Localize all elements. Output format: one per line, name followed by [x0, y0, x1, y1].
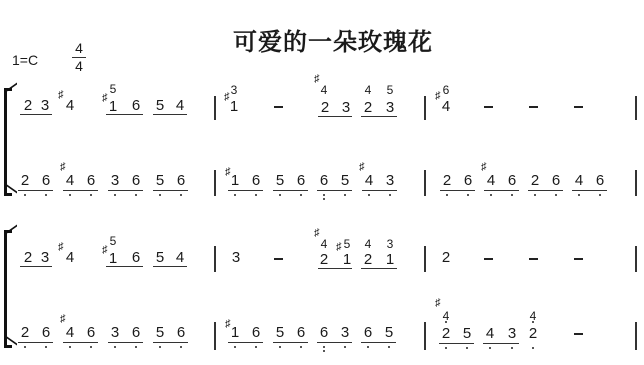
octave-dot [24, 194, 26, 196]
octave-dot [532, 347, 534, 349]
octave-dot [300, 346, 302, 348]
note: 1 [229, 173, 241, 188]
octave-dot [368, 194, 370, 196]
beam-underline [528, 190, 563, 191]
sharp-sign: ♯ [60, 314, 66, 325]
sustain-dash [574, 258, 583, 260]
octave-dot [279, 346, 281, 348]
octave-dot [114, 346, 116, 348]
note: 4 [174, 98, 186, 113]
note: 6 [318, 325, 330, 340]
barline [214, 96, 216, 120]
sharp-sign: ♯ [435, 298, 441, 309]
note: 6 [318, 173, 330, 188]
system-1-bracket [4, 88, 12, 196]
octave-dot [388, 346, 390, 348]
octave-dot [466, 347, 468, 349]
note: 6 [85, 325, 97, 340]
octave-dot [344, 194, 346, 196]
sharp-sign: ♯ [359, 162, 365, 173]
note: 6 [550, 173, 562, 188]
beam-underline [439, 343, 474, 344]
octave-dot [599, 194, 601, 196]
beam-underline [20, 114, 52, 115]
beam-underline [273, 190, 308, 191]
note: 1 [384, 252, 396, 267]
octave-dot [323, 194, 325, 196]
beam-underline [440, 190, 475, 191]
beam-underline [362, 190, 397, 191]
note: 4 [484, 326, 496, 341]
sharp-sign: ♯ [60, 162, 66, 173]
note: 3 [39, 98, 51, 113]
octave-dot [445, 321, 447, 323]
note: 1 [229, 325, 241, 340]
octave-dot [323, 350, 325, 352]
note: 6 [506, 173, 518, 188]
harmony-note: 5 [385, 84, 395, 96]
time-signature-top: 4 [72, 40, 86, 57]
barline [424, 322, 426, 350]
octave-dot [255, 194, 257, 196]
note: 2 [527, 326, 539, 341]
sharp-sign: ♯ [58, 242, 64, 253]
beam-underline [108, 342, 143, 343]
octave-dot [490, 194, 492, 196]
octave-dot [344, 346, 346, 348]
note: 2 [19, 173, 31, 188]
note: 5 [154, 98, 166, 113]
note: 5 [154, 325, 166, 340]
note: 6 [130, 173, 142, 188]
note: 3 [109, 173, 121, 188]
octave-dot [45, 346, 47, 348]
beam-underline [361, 268, 397, 269]
note: 2 [19, 325, 31, 340]
note: 6 [40, 325, 52, 340]
barline [424, 246, 426, 272]
beam-underline [228, 190, 263, 191]
note: 5 [461, 326, 473, 341]
sustain-dash [274, 106, 283, 108]
octave-dot [114, 194, 116, 196]
note: 6 [130, 250, 142, 265]
note: 1 [341, 252, 353, 267]
octave-dot [90, 346, 92, 348]
note: 2 [440, 326, 452, 341]
octave-dot [445, 347, 447, 349]
sustain-dash [574, 333, 583, 335]
note: 5 [383, 325, 395, 340]
barline [214, 322, 216, 350]
note: 6 [462, 173, 474, 188]
beam-underline [273, 342, 308, 343]
note: 6 [175, 173, 187, 188]
octave-dot [135, 194, 137, 196]
sharp-sign: ♯ [481, 162, 487, 173]
song-title: 可爱的一朵玫瑰花 [0, 22, 644, 57]
note: 3 [340, 100, 352, 115]
octave-dot [24, 346, 26, 348]
barline [214, 170, 216, 196]
note: 6 [250, 173, 262, 188]
octave-dot [159, 194, 161, 196]
beam-underline [153, 114, 187, 115]
note: 5 [154, 173, 166, 188]
note: 3 [230, 250, 242, 265]
harmony-note: 5 [108, 235, 118, 247]
harmony-note: 5 [108, 83, 118, 95]
note: 6 [594, 173, 606, 188]
note: 4 [573, 173, 585, 188]
barline [635, 246, 637, 272]
beam-underline [483, 343, 519, 344]
octave-dot [300, 194, 302, 196]
beam-underline [361, 342, 396, 343]
note: 1 [228, 99, 240, 114]
octave-dot [135, 346, 137, 348]
note: 5 [274, 173, 286, 188]
octave-dot [180, 194, 182, 196]
octave-dot [389, 194, 391, 196]
barline [635, 170, 637, 196]
note: 5 [339, 173, 351, 188]
note: 2 [529, 173, 541, 188]
harmony-note: 4 [363, 238, 373, 250]
note: 4 [64, 98, 76, 113]
note: 2 [22, 98, 34, 113]
barline [635, 322, 637, 350]
note: 6 [175, 325, 187, 340]
note: 3 [339, 325, 351, 340]
octave-dot [159, 346, 161, 348]
note: 1 [107, 251, 119, 266]
note: 2 [362, 252, 374, 267]
sustain-dash [484, 106, 493, 108]
note: 2 [22, 250, 34, 265]
sustain-dash [529, 106, 538, 108]
sustain-dash [484, 258, 493, 260]
octave-dot [279, 194, 281, 196]
note: 2 [362, 100, 374, 115]
note: 1 [107, 99, 119, 114]
key-signature: 1=C [12, 52, 38, 68]
octave-dot [367, 346, 369, 348]
octave-dot [323, 346, 325, 348]
beam-underline [106, 114, 143, 115]
beam-underline [18, 342, 53, 343]
note: 2 [441, 173, 453, 188]
sustain-dash [574, 106, 583, 108]
octave-dot [69, 194, 71, 196]
note: 5 [274, 325, 286, 340]
note: 5 [154, 250, 166, 265]
harmony-note: 3 [385, 238, 395, 250]
octave-dot [255, 346, 257, 348]
beam-underline [106, 266, 143, 267]
note: 4 [440, 99, 452, 114]
note: 3 [384, 100, 396, 115]
octave-dot [180, 346, 182, 348]
harmony-note: 5 [342, 238, 352, 250]
octave-dot [534, 194, 536, 196]
note: 2 [318, 252, 330, 267]
system-2-bracket [4, 230, 12, 348]
beam-underline [153, 190, 188, 191]
beam-underline [20, 266, 52, 267]
octave-dot [578, 194, 580, 196]
note: 6 [250, 325, 262, 340]
beam-underline [318, 116, 352, 117]
note: 6 [130, 98, 142, 113]
octave-dot [511, 194, 513, 196]
beam-underline [63, 190, 98, 191]
note: 3 [39, 250, 51, 265]
beam-underline [317, 190, 352, 191]
octave-dot [555, 194, 557, 196]
octave-dot [45, 194, 47, 196]
time-signature-bottom: 4 [72, 58, 86, 75]
note: 4 [485, 173, 497, 188]
sustain-dash [274, 258, 283, 260]
note: 3 [506, 326, 518, 341]
note: 6 [295, 173, 307, 188]
note: 3 [384, 173, 396, 188]
octave-dot [446, 194, 448, 196]
beam-underline [63, 342, 98, 343]
octave-dot [69, 346, 71, 348]
note: 2 [319, 100, 331, 115]
harmony-note: 6 [441, 84, 451, 96]
note: 4 [363, 173, 375, 188]
barline [635, 96, 637, 120]
beam-underline [572, 190, 607, 191]
harmony-note: 3 [229, 84, 239, 96]
note: 4 [64, 173, 76, 188]
octave-dot [90, 194, 92, 196]
octave-dot [489, 347, 491, 349]
octave-dot [511, 347, 513, 349]
octave-dot [234, 346, 236, 348]
beam-underline [18, 190, 53, 191]
octave-dot [323, 198, 325, 200]
beam-underline [153, 342, 188, 343]
octave-dot [234, 194, 236, 196]
note: 6 [362, 325, 374, 340]
note: 4 [64, 250, 76, 265]
beam-underline [108, 190, 143, 191]
beam-underline [484, 190, 519, 191]
beam-underline [153, 266, 187, 267]
harmony-note: 4 [319, 238, 329, 250]
beam-underline [228, 342, 263, 343]
note: 4 [64, 325, 76, 340]
note: 6 [40, 173, 52, 188]
beam-underline [361, 116, 397, 117]
barline [424, 170, 426, 196]
octave-dot [467, 194, 469, 196]
beam-underline [318, 268, 352, 269]
sustain-dash [529, 258, 538, 260]
octave-dot [532, 321, 534, 323]
harmony-note: 4 [319, 84, 329, 96]
sharp-sign: ♯ [58, 90, 64, 101]
note: 6 [85, 173, 97, 188]
barline [424, 96, 426, 120]
note: 3 [109, 325, 121, 340]
note: 2 [440, 250, 452, 265]
note: 6 [130, 325, 142, 340]
note: 6 [295, 325, 307, 340]
beam-underline [317, 342, 352, 343]
time-signature: 4 4 [72, 40, 86, 75]
harmony-note: 4 [363, 84, 373, 96]
barline [214, 246, 216, 272]
note: 4 [174, 250, 186, 265]
